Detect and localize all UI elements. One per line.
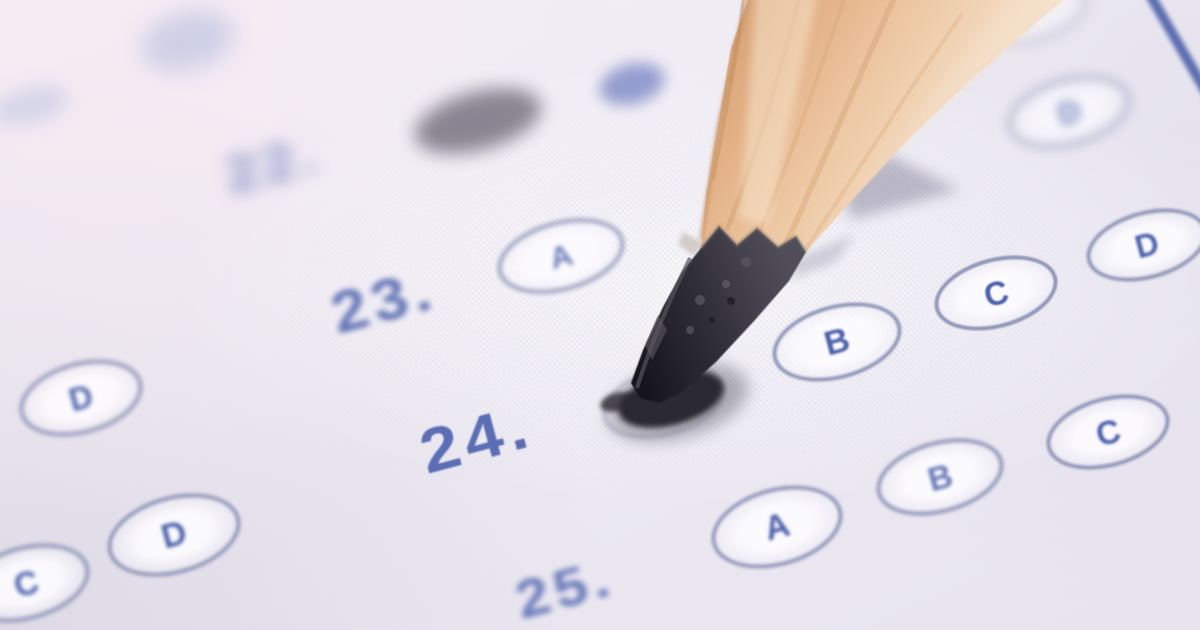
graphite-speckle — [741, 257, 751, 267]
pencil-shadow — [834, 128, 960, 220]
left-column-bubble-C: C — [0, 530, 98, 630]
column-divider-line — [1146, 0, 1200, 102]
left-column-bubble-D-2: D — [98, 480, 250, 591]
wood-shading — [678, 232, 705, 256]
graphite-speckle — [695, 295, 705, 305]
wood-grain — [727, 0, 800, 230]
wood-grain — [713, 0, 744, 180]
bubble-letter: C — [980, 274, 1012, 312]
bubble-23-D: D — [999, 63, 1138, 161]
bubble-letter: C — [1092, 413, 1124, 451]
wood-grain — [786, 0, 896, 244]
wood-highlight — [740, 0, 818, 225]
question-label-25: 25. — [510, 550, 620, 628]
bubble-letter: D — [66, 380, 97, 417]
bubble-24-C: C — [926, 243, 1066, 343]
blurred-bubble-22-b — [595, 56, 669, 112]
bubble-25-C: C — [1038, 382, 1178, 482]
graphite-speckle — [722, 280, 730, 288]
question-label-24: 24. — [414, 395, 540, 484]
bubble-25-B: B — [868, 425, 1012, 528]
bubble-24-A-ring — [594, 353, 733, 451]
left-column-bubble-D-1: D — [11, 347, 151, 449]
pencil-tip-shadow — [788, 234, 856, 280]
bubble-letter: D — [1132, 227, 1163, 264]
bubble-letter: A — [546, 238, 576, 274]
bubble-fragment-top-edge — [968, 0, 1096, 56]
bubble-letter: D — [158, 515, 191, 554]
bubble-letter: D — [1054, 94, 1084, 130]
bubble-23-A: A — [489, 205, 633, 306]
graphite-highlight — [645, 315, 667, 360]
wood-left-edge — [701, 0, 748, 240]
bubble-25-A: A — [702, 472, 852, 582]
bubble-letter: C — [10, 564, 42, 602]
wood-grain — [805, 14, 962, 250]
question-label-22: 22. — [221, 127, 327, 202]
bubble-24-B: B — [764, 289, 911, 395]
answer-sheet-photo: 22. 23. 24. 25. A D B C D A B C D D C — [0, 0, 1200, 630]
bubble-24-D: D — [1078, 196, 1200, 294]
blurred-left-edge-mark — [0, 78, 73, 133]
bubble-letter: A — [761, 507, 794, 546]
bubble-letter: B — [924, 458, 956, 496]
bubble-letter: B — [821, 322, 854, 361]
graphite-pit — [727, 297, 735, 305]
filled-bubble-22-a — [408, 76, 549, 166]
question-label-23: 23. — [326, 260, 443, 343]
graphite-speckle — [686, 326, 694, 334]
graphite-pit — [709, 317, 715, 323]
blurred-row-21-mark — [134, 1, 241, 82]
wood-grain — [757, 0, 846, 238]
graphite-wood-junction — [701, 226, 806, 252]
